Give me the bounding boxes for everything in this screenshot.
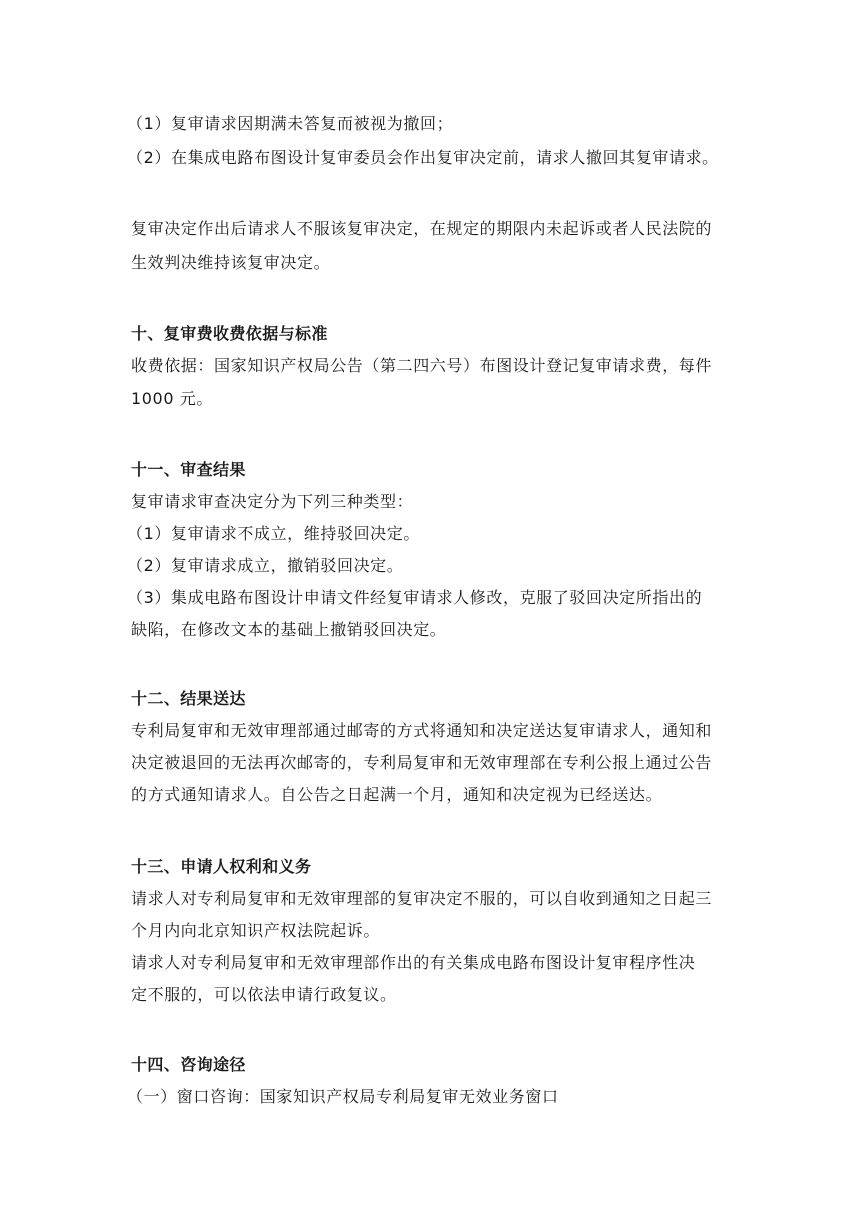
section-11-item-3: （3）集成电路布图设计申请文件经复审请求人修改，克服了驳回决定所指出的 [127,588,702,608]
section-13-line-3: 请求人对专利局复审和无效审理部作出的有关集成电路布图设计复审程序性决 [131,953,695,973]
section-13-line-4: 定不服的，可以依法申请行政复议。 [131,985,397,1005]
section-11-item-1: （1）复审请求不成立，维持驳回决定。 [127,524,420,544]
section-12-line-3: 的方式通知请求人。自公告之日起满一个月，通知和决定视为已经送达。 [131,785,662,805]
section-10-line-1: 收费依据：国家知识产权局公告（第二四六号）布图设计登记复审请求费，每件 [131,356,712,376]
section-10-line-2: 1000 元。 [131,389,213,409]
section-12-line-1: 专利局复审和无效审理部通过邮寄的方式将通知和决定送达复审请求人，通知和 [131,721,712,741]
section-11-item-2: （2）复审请求成立，撤销驳回决定。 [127,556,403,576]
section-13-line-1: 请求人对专利局复审和无效审理部的复审决定不服的，可以自收到通知之日起三 [131,889,712,909]
withdrawn-item-1: （1）复审请求因期满未答复而被视为撤回； [127,114,453,134]
effective-paragraph-line-1: 复审决定作出后请求人不服该复审决定，在规定的期限内未起诉或者人民法院的 [131,219,712,239]
section-11-continuation: 缺陷，在修改文本的基础上撤销驳回决定。 [131,620,446,640]
section-14-heading: 十四、咨询途径 [131,1055,246,1075]
section-13-heading: 十三、申请人权利和义务 [131,857,311,877]
section-13-line-2: 个月内向北京知识产权法院起诉。 [131,921,380,941]
withdrawn-item-2: （2）在集成电路布图设计复审委员会作出复审决定前，请求人撤回其复审请求。 [127,148,719,168]
section-12-heading: 十二、结果送达 [131,689,246,709]
section-11-intro: 复审请求审查决定分为下列三种类型： [131,492,413,512]
section-14-item-1: （一）窗口咨询：国家知识产权局专利局复审无效业务窗口 [127,1087,559,1107]
effective-paragraph-line-2: 生效判决维持该复审决定。 [131,253,330,273]
section-10-heading: 十、复审费收费依据与标准 [131,324,328,344]
section-11-heading: 十一、审查结果 [131,460,246,480]
section-12-line-2: 决定被退回的无法再次邮寄的，专利局复审和无效审理部在专利公报上通过公告 [131,753,712,773]
